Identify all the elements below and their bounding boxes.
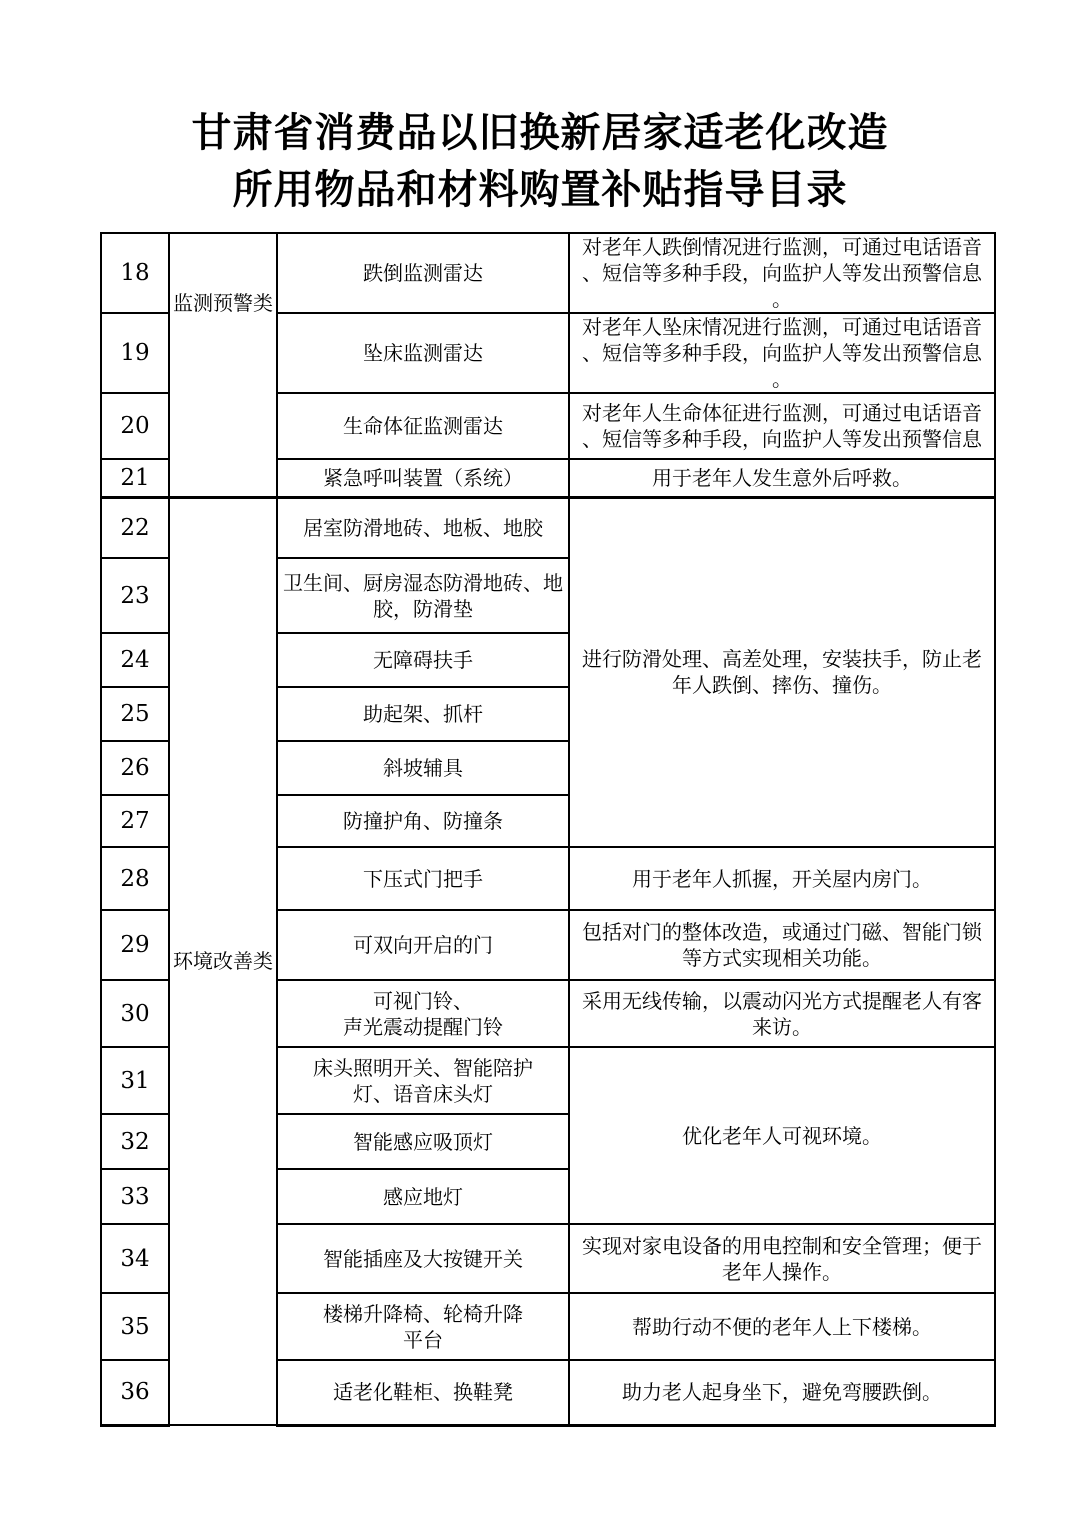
- item-cell: 适老化鞋柜、换鞋凳: [277, 1360, 569, 1425]
- document-title-line1: 甘肃省消费品以旧换新居家适老化改造: [0, 104, 1080, 161]
- row-number-cell: 18: [101, 233, 169, 313]
- item-cell: 生命体征监测雷达: [277, 393, 569, 459]
- description-cell: 对老年人生命体征进行监测，可通过电话语音 、短信等多种手段，向监护人等发出预警信…: [569, 393, 995, 459]
- item-cell: 紧急呼叫装置（系统）: [277, 459, 569, 497]
- item-cell: 感应地灯: [277, 1169, 569, 1224]
- item-cell: 无障碍扶手: [277, 633, 569, 687]
- document-title-line2: 所用物品和材料购置补贴指导目录: [0, 161, 1080, 218]
- row-number-cell: 30: [101, 980, 169, 1047]
- description-cell: 帮助行动不便的老年人上下楼梯。: [569, 1293, 995, 1360]
- row-number-cell: 21: [101, 459, 169, 497]
- row-number-cell: 32: [101, 1114, 169, 1169]
- row-number-cell: 25: [101, 687, 169, 741]
- row-number-cell: 33: [101, 1169, 169, 1224]
- item-cell: 可双向开启的门: [277, 910, 569, 980]
- item-cell: 卫生间、厨房湿态防滑地砖、地 胶，防滑垫: [277, 558, 569, 633]
- item-cell: 跌倒监测雷达: [277, 233, 569, 313]
- catalog-table: 18 监测预警类 跌倒监测雷达 对老年人跌倒情况进行监测，可通过电话语音 、短信…: [100, 232, 996, 1427]
- item-cell: 下压式门把手: [277, 847, 569, 910]
- category-cell: 环境改善类: [169, 497, 277, 1425]
- description-cell: 优化老年人可视环境。: [569, 1047, 995, 1224]
- item-cell: 智能感应吸顶灯: [277, 1114, 569, 1169]
- row-number-cell: 20: [101, 393, 169, 459]
- description-cell: 对老年人坠床情况进行监测，可通过电话语音 、短信等多种手段，向监护人等发出预警信…: [569, 313, 995, 393]
- item-cell: 床头照明开关、智能陪护 灯、语音床头灯: [277, 1047, 569, 1114]
- description-cell: 用于老年人抓握，开关屋内房门。: [569, 847, 995, 910]
- row-number-cell: 36: [101, 1360, 169, 1425]
- description-cell: 包括对门的整体改造，或通过门磁、智能门锁 等方式实现相关功能。: [569, 910, 995, 980]
- row-number-cell: 29: [101, 910, 169, 980]
- table-row: 18 监测预警类 跌倒监测雷达 对老年人跌倒情况进行监测，可通过电话语音 、短信…: [101, 233, 995, 313]
- item-cell: 防撞护角、防撞条: [277, 795, 569, 847]
- row-number-cell: 26: [101, 741, 169, 795]
- row-number-cell: 28: [101, 847, 169, 910]
- table-row: 22 环境改善类 居室防滑地砖、地板、地胶 进行防滑处理、高差处理，安装扶手，防…: [101, 497, 995, 558]
- description-cell: 采用无线传输，以震动闪光方式提醒老人有客 来访。: [569, 980, 995, 1047]
- item-cell: 楼梯升降椅、轮椅升降 平台: [277, 1293, 569, 1360]
- item-cell: 居室防滑地砖、地板、地胶: [277, 497, 569, 558]
- description-cell: 用于老年人发生意外后呼救。: [569, 459, 995, 497]
- description-cell: 对老年人跌倒情况进行监测，可通过电话语音 、短信等多种手段，向监护人等发出预警信…: [569, 233, 995, 313]
- item-cell: 可视门铃、 声光震动提醒门铃: [277, 980, 569, 1047]
- row-number-cell: 35: [101, 1293, 169, 1360]
- document-page: 甘肃省消费品以旧换新居家适老化改造 所用物品和材料购置补贴指导目录 18 监测预…: [0, 0, 1080, 1527]
- row-number-cell: 23: [101, 558, 169, 633]
- row-number-cell: 24: [101, 633, 169, 687]
- document-title: 甘肃省消费品以旧换新居家适老化改造 所用物品和材料购置补贴指导目录: [0, 0, 1080, 218]
- item-cell: 智能插座及大按键开关: [277, 1224, 569, 1293]
- row-number-cell: 27: [101, 795, 169, 847]
- row-number-cell: 31: [101, 1047, 169, 1114]
- category-cell: 监测预警类: [169, 233, 277, 497]
- item-cell: 斜坡辅具: [277, 741, 569, 795]
- item-cell: 坠床监测雷达: [277, 313, 569, 393]
- row-number-cell: 34: [101, 1224, 169, 1293]
- description-cell: 助力老人起身坐下，避免弯腰跌倒。: [569, 1360, 995, 1425]
- description-cell: 进行防滑处理、高差处理，安装扶手，防止老 年人跌倒、摔伤、撞伤。: [569, 497, 995, 847]
- row-number-cell: 19: [101, 313, 169, 393]
- item-cell: 助起架、抓杆: [277, 687, 569, 741]
- row-number-cell: 22: [101, 497, 169, 558]
- description-cell: 实现对家电设备的用电控制和安全管理；便于 老年人操作。: [569, 1224, 995, 1293]
